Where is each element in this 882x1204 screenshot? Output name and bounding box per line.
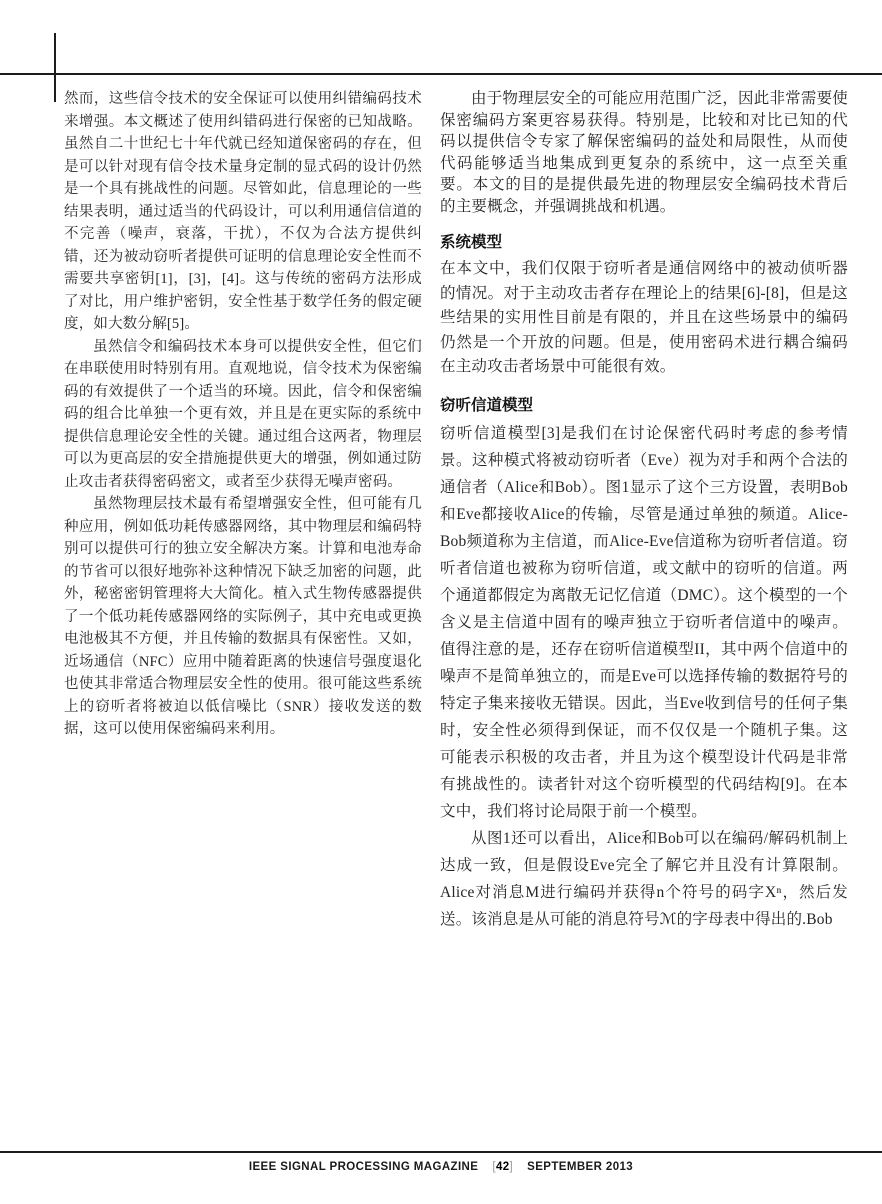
paragraph: 虽然物理层技术最有希望增强安全性，但可能有几种应用，例如低功耗传感器网络，其中物… bbox=[64, 493, 422, 741]
paragraph: 窃听信道模型[3]是我们在讨论保密代码时考虑的参考情景。这种模式将被动窃听者（E… bbox=[440, 420, 848, 825]
header-rule bbox=[0, 73, 882, 75]
section-heading-wiretap-channel-model: 窃听信道模型 bbox=[440, 395, 848, 417]
footer-issue-date: SEPTEMBER 2013 bbox=[527, 1161, 633, 1173]
right-column: 由于物理层安全的可能应用范围广泛，因此非常需要使保密编码方案更容易获得。特别是，… bbox=[440, 88, 848, 933]
paragraph: 虽然信令和编码技术本身可以提供安全性，但它们在串联使用时特别有用。直观地说，信令… bbox=[64, 336, 422, 494]
header-margin-tick bbox=[54, 33, 56, 102]
footer: IEEE SIGNAL PROCESSING MAGAZINE[42]SEPTE… bbox=[0, 1161, 882, 1173]
paragraph: 从图1还可以看出，Alice和Bob可以在编码/解码机制上达成一致，但是假设Ev… bbox=[440, 825, 848, 933]
section-heading-system-model: 系统模型 bbox=[440, 232, 848, 254]
footer-page-number: 42 bbox=[496, 1161, 510, 1173]
magazine-page: 然而，这些信令技术的安全保证可以使用纠错编码技术来增强。本文概述了使用纠错码进行… bbox=[0, 0, 882, 1204]
footer-rule bbox=[0, 1151, 882, 1153]
left-column: 然而，这些信令技术的安全保证可以使用纠错编码技术来增强。本文概述了使用纠错码进行… bbox=[64, 88, 422, 741]
paragraph-continuation: 然而，这些信令技术的安全保证可以使用纠错编码技术来增强。本文概述了使用纠错码进行… bbox=[64, 88, 422, 336]
paragraph: 由于物理层安全的可能应用范围广泛，因此非常需要使保密编码方案更容易获得。特别是，… bbox=[440, 88, 848, 217]
paragraph: 在本文中，我们仅限于窃听者是通信网络中的被动侦听器的情况。对于主动攻击者存在理论… bbox=[440, 257, 848, 380]
footer-journal-title: IEEE SIGNAL PROCESSING MAGAZINE bbox=[249, 1161, 478, 1173]
footer-bracket-close: ] bbox=[510, 1161, 514, 1173]
